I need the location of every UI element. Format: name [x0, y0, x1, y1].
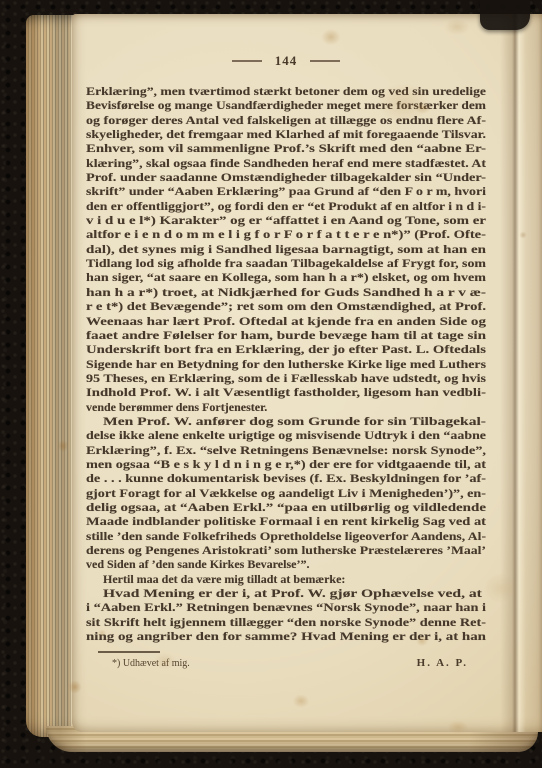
- footnote-rule: [98, 651, 160, 653]
- text-line: vende berømmer dens Fortjenester.: [86, 400, 486, 414]
- header-rule-left: [232, 60, 262, 62]
- footnote-signature: H. A. P.: [417, 657, 468, 669]
- text-line: r e t*) det Bevægende”; ret som om den O…: [86, 299, 486, 313]
- page-header: 144: [86, 52, 486, 70]
- text-line: sit Skrift helt igjennem tillægger “den …: [86, 615, 486, 629]
- body-text: Erklæring”, men tværtimod stærkt betoner…: [86, 84, 486, 643]
- text-line: stille ’den sande Folkefriheds Oprethold…: [86, 529, 486, 543]
- text-line: skrift” under “Aaben Erklæring” paa Grun…: [86, 184, 486, 198]
- text-line: Hertil maa det da være mig tilladt at be…: [86, 572, 486, 586]
- text-line: men ogsaa “B e s k y l d n i n g e r,*) …: [86, 457, 486, 471]
- text-line: klæring”, skal ogsaa finde Sandheden her…: [86, 156, 486, 170]
- footnote-text: *) Udhævet af mig.: [112, 658, 190, 670]
- text-line: Indhold Prof. W. i alt Væsentligt fastho…: [86, 385, 486, 399]
- text-line: Weenaas har lært Prof. Oftedal at kjende…: [86, 314, 486, 328]
- text-line: ved Siden af ’den sande Kirkes Bevarelse…: [86, 557, 486, 571]
- text-line: Men Prof. W. anfører dog som Grunde for …: [86, 414, 486, 428]
- text-line: Sigende har en Betydning for den luthers…: [86, 357, 486, 371]
- text-line: delse ikke alene enkelte urigtige og mis…: [86, 428, 486, 442]
- text-line: 95 Theses, en Erklæring, som de i Fælles…: [86, 371, 486, 385]
- text-line: derens og Pengenes Aristokrati’ som luth…: [86, 543, 486, 557]
- text-line: Prof. under saadanne Omstændigheder tilb…: [86, 170, 486, 184]
- text-line: Erklæring”, f. Ex. “selve Retningens Ben…: [86, 443, 486, 457]
- text-line: han h a r*) troet, at Nidkjærhed for Gud…: [86, 285, 486, 299]
- footnote-area: *) Udhævet af mig. H. A. P.: [86, 658, 486, 672]
- book-page: 144 Erklæring”, men tværtimod stærkt bet…: [72, 14, 542, 732]
- text-line: de . . . kunne dokumentarisk bevises (f.…: [86, 471, 486, 485]
- text-line: den er offentliggjort”, og fordi den er …: [86, 199, 486, 213]
- text-line: delig ogsaa, at “Aaben Erkl.” “paa en ut…: [86, 500, 486, 514]
- gutter-shadow-top: [480, 0, 530, 30]
- text-line: Tidlang lod sig afholde fra saadan Tilba…: [86, 256, 486, 270]
- text-line: og forøger deres Antal ved falskeligen a…: [86, 113, 486, 127]
- book-photo: 144 Erklæring”, men tværtimod stærkt bet…: [0, 0, 542, 768]
- text-line: i “Aaben Erkl.” Retningen benævnes “Nors…: [86, 600, 486, 614]
- text-line: han siger, “at saare en Kollega, som han…: [86, 270, 486, 284]
- header-rule-right: [310, 60, 340, 62]
- text-line: skyeligheder, det fremgaar med Klarhed a…: [86, 127, 486, 141]
- text-line: dal), det synes mig i Sandhed ligesaa ba…: [86, 242, 486, 256]
- text-line: Bevisførelse og mange Usandfærdigheder m…: [86, 98, 486, 112]
- text-line: gjort Foragt for al Vækkelse og aandelig…: [86, 486, 486, 500]
- page-edge-stack-left: [26, 15, 78, 737]
- text-line: v i d u e l*) Karakter” og er “affattet …: [86, 213, 486, 227]
- text-line: Enhver, som vil sammenligne Prof.’s Skri…: [86, 141, 486, 155]
- text-line: Hvad Mening er der i, at Prof. W. gjør O…: [86, 586, 486, 600]
- text-line: Underskrift bort fra en Erklæring, der j…: [86, 342, 486, 356]
- text-line: altfor e i e n d o m m e l i g f o r F o…: [86, 227, 486, 241]
- text-line: Erklæring”, men tværtimod stærkt betoner…: [86, 84, 486, 98]
- page-number: 144: [275, 53, 298, 69]
- text-line: ning og angriber den for samme? Hvad Men…: [86, 629, 486, 643]
- text-line: Maade indblander politiske Formaal i en …: [86, 514, 486, 528]
- text-line: faaet andre Følelser for ham, burde bevæ…: [86, 328, 486, 342]
